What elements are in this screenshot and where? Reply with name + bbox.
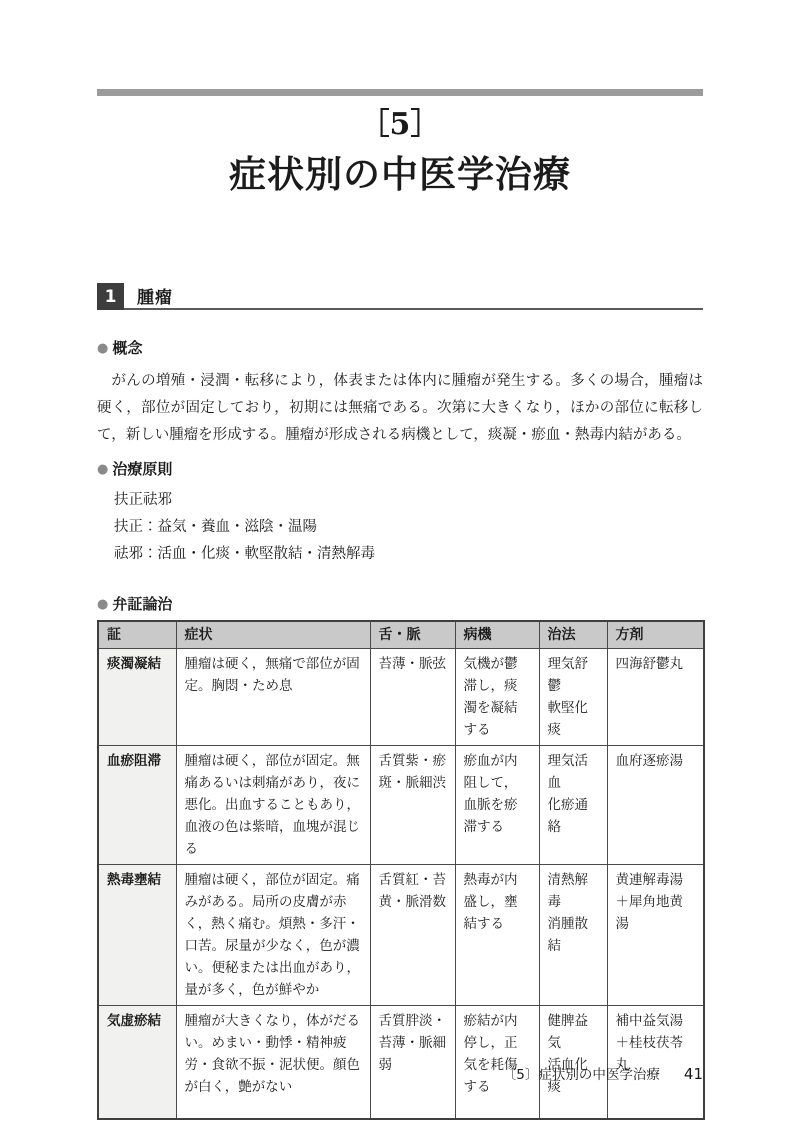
bullet-icon: ● — [97, 463, 108, 476]
principles-heading: ● 治療原則 — [97, 459, 703, 479]
tongue-pulse-cell: 舌質胖淡・苔薄・脈細弱 — [370, 1006, 455, 1119]
page-content: ［5］ 症状別の中医学治療 1 腫瘤 ● 概念 がんの増殖・浸潤・転移により，体… — [97, 0, 703, 1120]
col-header-formula: 方剤 — [607, 621, 704, 649]
differentiation-heading-label: 弁証論治 — [112, 594, 172, 614]
formula-cell: 補中益気湯 ＋桂枝茯苓丸 — [607, 1006, 704, 1119]
table-row: 血瘀阻滞 腫瘤は硬く，部位が固定。無痛あるいは刺痛があり，夜に悪化。出血すること… — [98, 746, 704, 865]
concept-body: がんの増殖・浸潤・転移により，体表または体内に腫瘤が発生する。多くの場合，腫瘤は… — [97, 368, 703, 449]
col-header-tongue-pulse: 舌・脈 — [370, 621, 455, 649]
page-footer: 〔5〕症状別の中医学治療 41 — [503, 1063, 703, 1083]
differentiation-heading: ● 弁証論治 — [97, 594, 703, 614]
section-title: 腫瘤 — [137, 283, 173, 308]
formula-cell: 血府逐瘀湯 — [607, 746, 704, 865]
col-header-symptoms: 症状 — [176, 621, 370, 649]
section-number-badge: 1 — [97, 283, 124, 310]
pathogenesis-cell: 瘀結が内停し，正気を耗傷する — [455, 1006, 539, 1119]
chapter-title: 症状別の中医学治療 — [97, 150, 703, 198]
symptoms-cell: 腫瘤は硬く，部位が固定。無痛あるいは刺痛があり，夜に悪化。出血することもあり，血… — [176, 746, 370, 865]
method-cell: 健脾益気 活血化痰 — [539, 1006, 607, 1119]
bullet-icon: ● — [97, 598, 108, 611]
table-row: 気虚瘀結 腫瘤が大きくなり，体がだるい。めまい・動悸・精神疲労・食欲不振・泥状便… — [98, 1006, 704, 1119]
syndrome-cell: 痰濁凝結 — [98, 649, 176, 746]
col-header-syndrome: 証 — [98, 621, 176, 649]
syndrome-cell: 気虚瘀結 — [98, 1006, 176, 1119]
pathogenesis-cell: 熱毒が内盛し，壅結する — [455, 865, 539, 1006]
chapter-number: ［5］ — [97, 106, 703, 144]
section-title-rule: 腫瘤 — [124, 283, 703, 310]
principle-line: 扶正：益気・養血・滋陰・温陽 — [114, 514, 703, 541]
symptoms-cell: 腫瘤は硬く，部位が固定。痛みがある。局所の皮膚が赤く，熱く痛む。煩熱・多汗・口苦… — [176, 865, 370, 1006]
concept-heading: ● 概念 — [97, 338, 703, 358]
method-cell: 清熱解毒 消腫散結 — [539, 865, 607, 1006]
principles-list: 扶正祛邪 扶正：益気・養血・滋陰・温陽 祛邪：活血・化痰・軟堅散結・清熱解毒 — [97, 487, 703, 568]
symptoms-cell: 腫瘤が大きくなり，体がだるい。めまい・動悸・精神疲労・食欲不振・泥状便。顔色が白… — [176, 1006, 370, 1119]
principle-line: 扶正祛邪 — [114, 487, 703, 514]
concept-heading-label: 概念 — [112, 338, 142, 358]
decorative-top-bar — [97, 89, 703, 96]
footer-page-number: 41 — [684, 1065, 703, 1083]
method-cell: 理気活血 化瘀通絡 — [539, 746, 607, 865]
pathogenesis-cell: 気機が鬱滞し，痰濁を凝結する — [455, 649, 539, 746]
col-header-method: 治法 — [539, 621, 607, 649]
tongue-pulse-cell: 舌質紅・苔黄・脈滑数 — [370, 865, 455, 1006]
section-heading: 1 腫瘤 — [97, 283, 703, 310]
bullet-icon: ● — [97, 342, 108, 355]
tongue-pulse-cell: 舌質紫・瘀斑・脈細渋 — [370, 746, 455, 865]
principle-line: 祛邪：活血・化痰・軟堅散結・清熱解毒 — [114, 541, 703, 568]
differentiation-table: 証 症状 舌・脈 病機 治法 方剤 痰濁凝結 腫瘤は硬く，無痛で部位が固定。胸悶… — [97, 620, 705, 1120]
col-header-pathogenesis: 病機 — [455, 621, 539, 649]
footer-chapter-label: 〔5〕症状別の中医学治療 — [503, 1063, 660, 1083]
table-row: 痰濁凝結 腫瘤は硬く，無痛で部位が固定。胸悶・ため息 苔薄・脈弦 気機が鬱滞し，… — [98, 649, 704, 746]
formula-cell: 四海舒鬱丸 — [607, 649, 704, 746]
table-header-row: 証 症状 舌・脈 病機 治法 方剤 — [98, 621, 704, 649]
syndrome-cell: 熱毒壅結 — [98, 865, 176, 1006]
tongue-pulse-cell: 苔薄・脈弦 — [370, 649, 455, 746]
symptoms-cell: 腫瘤は硬く，無痛で部位が固定。胸悶・ため息 — [176, 649, 370, 746]
formula-cell: 黄連解毒湯 ＋犀角地黄湯 — [607, 865, 704, 1006]
syndrome-cell: 血瘀阻滞 — [98, 746, 176, 865]
pathogenesis-cell: 瘀血が内阻して，血脈を瘀滞する — [455, 746, 539, 865]
principles-heading-label: 治療原則 — [112, 459, 172, 479]
method-cell: 理気舒鬱 軟堅化痰 — [539, 649, 607, 746]
table-row: 熱毒壅結 腫瘤は硬く，部位が固定。痛みがある。局所の皮膚が赤く，熱く痛む。煩熱・… — [98, 865, 704, 1006]
